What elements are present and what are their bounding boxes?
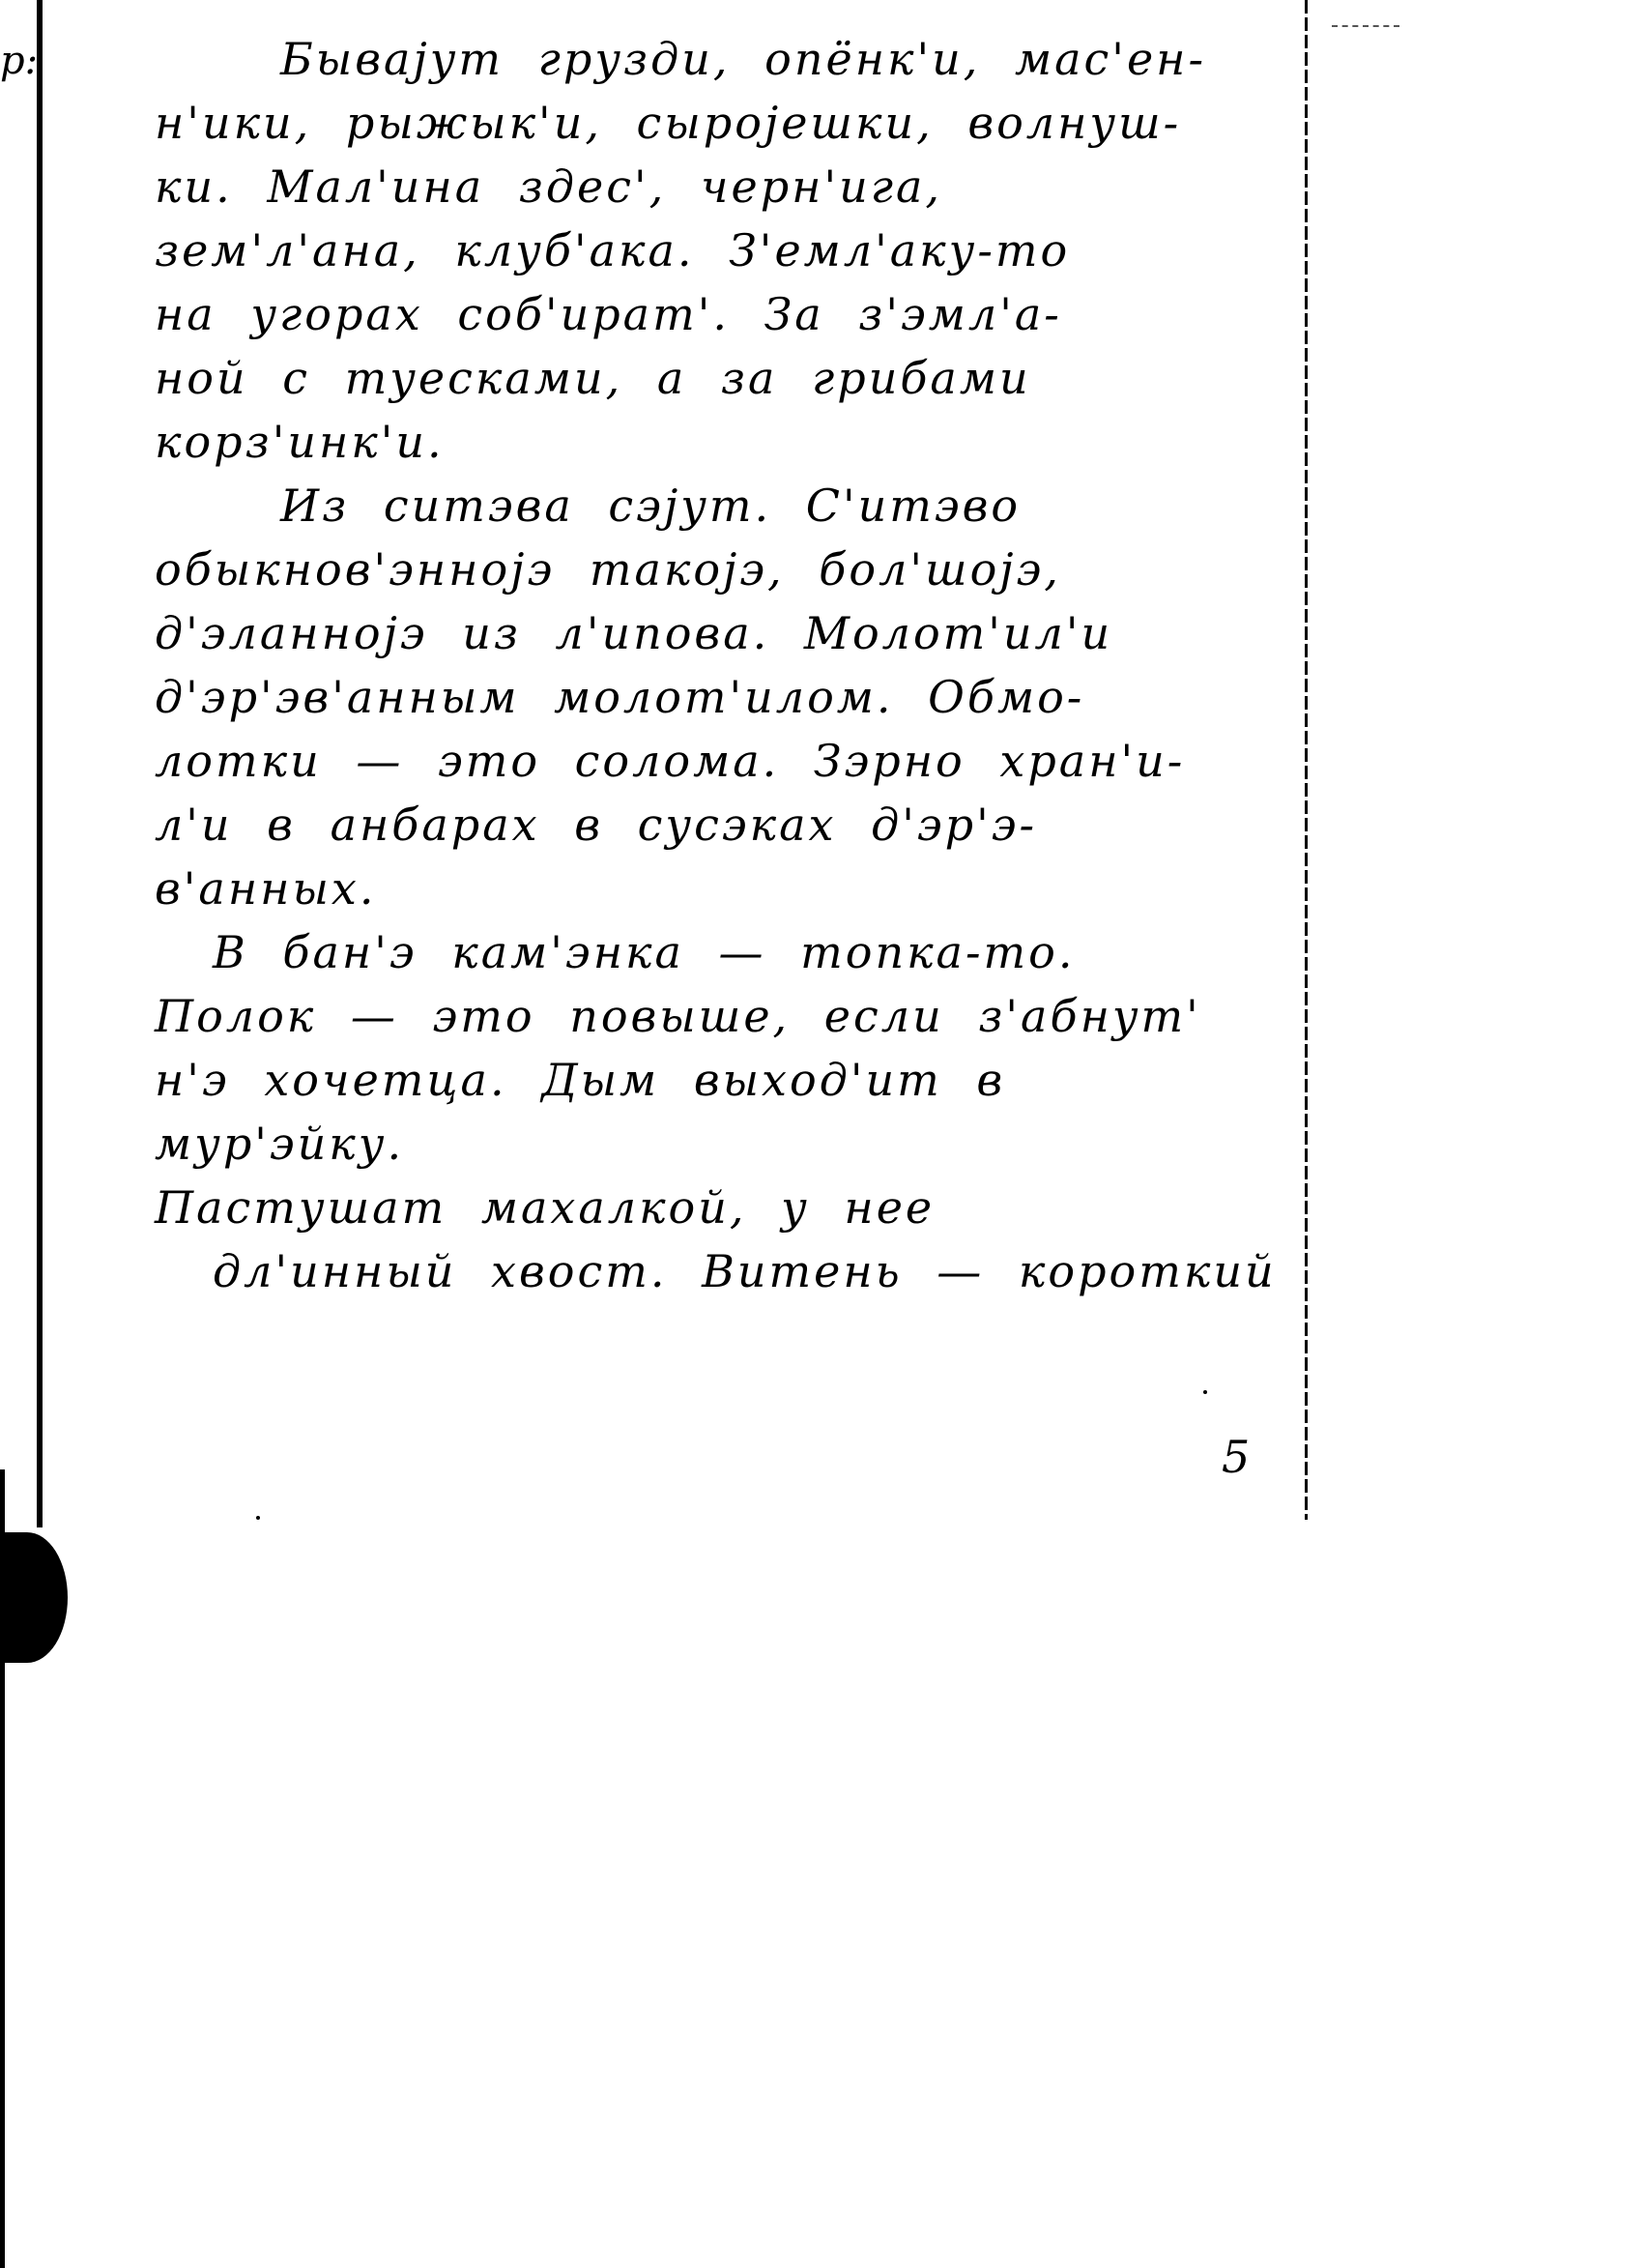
text-line-16: Полок — это повыше, если з'абнут'	[155, 984, 1295, 1048]
text-line-9: обыкнов'эннојэ такојэ, бол'шојэ,	[155, 538, 1295, 601]
binding-edge-line	[37, 0, 43, 1527]
text-line-20: дл'инный хвост. Витень — короткий	[155, 1239, 1295, 1303]
text-line-4: зем'л'ана, клуб'ака. З'емл'аку-то	[155, 218, 1295, 282]
right-page-edge	[1305, 0, 1308, 1520]
text-line-14: в'анных.	[155, 857, 1295, 920]
text-line-2: н'ики, рыжык'и, сыроjешки, волнуш-	[155, 91, 1295, 155]
text-line-8: Из ситэва сэjут. С'итэво	[155, 474, 1295, 538]
text-line-10: д'эланнојэ из л'ипова. Молот'ил'и	[155, 601, 1295, 665]
text-line-15: В бан'э кам'энка — топка-то.	[155, 920, 1295, 984]
text-line-1: Бываjут грузди, опёнк'и, мас'ен-	[155, 27, 1295, 91]
text-line-11: д'эр'эв'анным молот'илом. Обмо-	[155, 665, 1295, 729]
binding-ink-blot	[0, 1532, 68, 1663]
page-number: 5	[1222, 1431, 1250, 1483]
text-line-12: лотки — это солома. Зэрно хран'и-	[155, 729, 1295, 793]
text-line-5: на угорах соб'ират'. За з'эмл'а-	[155, 282, 1295, 346]
handwritten-text-block: Бываjут грузди, опёнк'и, мас'ен- н'ики, …	[155, 27, 1295, 1303]
text-line-3: ки. Мал'ина здес', черн'ига,	[155, 155, 1295, 218]
text-line-13: л'и в анбарах в сусэках д'эр'э-	[155, 793, 1295, 857]
scan-speck	[256, 1516, 260, 1520]
scan-speck	[1203, 1390, 1207, 1394]
right-edge-top-mark	[1332, 25, 1399, 27]
scanned-page: р: Бываjут грузди, опёнк'и, мас'ен- н'ик…	[0, 0, 1643, 2268]
text-line-7: корз'инк'и.	[155, 410, 1295, 474]
text-line-18: мур'эйку.	[155, 1112, 1295, 1176]
text-line-19: Пастушат махалкой, у нее	[155, 1176, 1295, 1239]
text-line-17: н'э хочетца. Дым выход'ит в	[155, 1048, 1295, 1112]
margin-fragment: р:	[0, 39, 38, 83]
scan-speck	[1263, 1281, 1267, 1285]
text-line-6: ной с туесками, а за грибами	[155, 346, 1295, 410]
